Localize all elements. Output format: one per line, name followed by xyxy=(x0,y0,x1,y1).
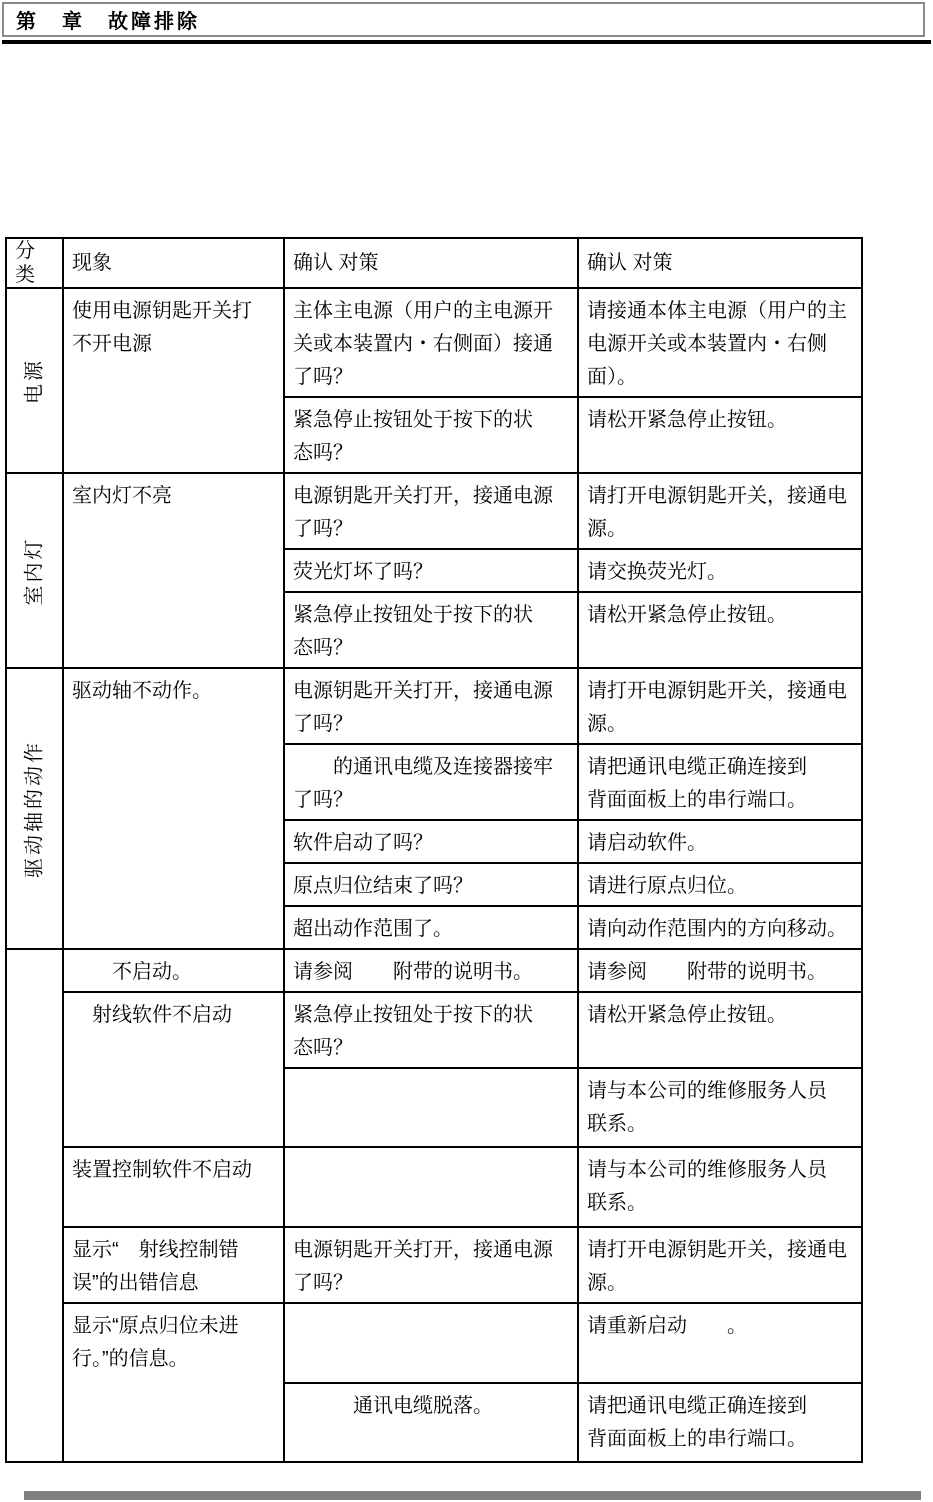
action-cell: 请启动软件。 xyxy=(578,820,862,863)
action-cell: 请松开紧急停止按钮。 xyxy=(578,592,862,668)
action-cell: 请把通讯电缆正确连接到 背面面板上的串行端口。 xyxy=(578,744,862,820)
confirm-cell: 电源钥匙开关打开，接通电源 了吗？ xyxy=(284,668,578,744)
category-cell: 驱动轴的动作 xyxy=(6,668,63,949)
category-label: 室内灯 xyxy=(18,536,51,605)
confirm-cell: 的通讯电缆及连接器接牢 了吗？ xyxy=(284,744,578,820)
action-cell: 请打开电源钥匙开关，接通电 源。 xyxy=(578,668,862,744)
confirm-cell: 电源钥匙开关打开，接通电源 了吗？ xyxy=(284,1227,578,1303)
action-cell: 请把通讯电缆正确连接到 背面面板上的串行端口。 xyxy=(578,1383,862,1462)
confirm-cell: 原点归位结束了吗？ xyxy=(284,863,578,906)
table-row: 装置控制软件不启动 请与本公司的维修服务人员 联系。 xyxy=(6,1147,862,1227)
action-cell: 请松开紧急停止按钮。 xyxy=(578,992,862,1068)
confirm-cell: 主体主电源（用户的主电源开 关或本装置内・右侧面）接通 了吗？ xyxy=(284,288,578,397)
confirm-cell: 超出动作范围了。 xyxy=(284,906,578,949)
confirm-cell xyxy=(284,1303,578,1383)
action-cell: 请与本公司的维修服务人员 联系。 xyxy=(578,1147,862,1227)
col-header-category: 分类 xyxy=(6,238,63,288)
action-cell: 请向动作范围内的方向移动。 xyxy=(578,906,862,949)
confirm-cell: 请参阅 附带的说明书。 xyxy=(284,949,578,992)
phenomenon-cell: 驱动轴不动作。 xyxy=(63,668,284,949)
confirm-cell: 荧光灯坏了吗？ xyxy=(284,549,578,592)
category-label: 电源 xyxy=(18,358,51,404)
phenomenon-cell: 显示“原点归位未进 行。”的信息。 xyxy=(63,1303,284,1462)
category-label: 驱动轴的动作 xyxy=(18,740,51,878)
confirm-cell: 通讯电缆脱落。 xyxy=(284,1383,578,1462)
table-row: 室内灯 室内灯不亮 电源钥匙开关打开，接通电源 了吗？ 请打开电源钥匙开关，接通… xyxy=(6,473,862,549)
action-cell: 请进行原点归位。 xyxy=(578,863,862,906)
table-header-row: 分类 现象 确认 对策 确认 对策 xyxy=(6,238,862,288)
table-row: 不启动。 请参阅 附带的说明书。 请参阅 附带的说明书。 xyxy=(6,949,862,992)
table-row: 显示“ 射线控制错 误”的出错信息 电源钥匙开关打开，接通电源 了吗？ 请打开电… xyxy=(6,1227,862,1303)
action-cell: 请与本公司的维修服务人员 联系。 xyxy=(578,1068,862,1147)
table-row: 驱动轴的动作 驱动轴不动作。 电源钥匙开关打开，接通电源 了吗？ 请打开电源钥匙… xyxy=(6,668,862,744)
confirm-cell xyxy=(284,1147,578,1227)
table-row: 射线软件不启动 紧急停止按钮处于按下的状 态吗？ 请松开紧急停止按钮。 xyxy=(6,992,862,1068)
phenomenon-cell: 使用电源钥匙开关打 不开电源 xyxy=(63,288,284,473)
footer-bar xyxy=(24,1491,921,1500)
phenomenon-cell: 室内灯不亮 xyxy=(63,473,284,668)
action-cell: 请交换荧光灯。 xyxy=(578,549,862,592)
troubleshooting-table: 分类 现象 确认 对策 确认 对策 电源 使用电源钥匙开关打 不开电源 主体主电… xyxy=(5,237,863,1463)
phenomenon-cell: 射线软件不启动 xyxy=(63,992,284,1147)
table-row: 电源 使用电源钥匙开关打 不开电源 主体主电源（用户的主电源开 关或本装置内・右… xyxy=(6,288,862,397)
col-header-action: 确认 对策 xyxy=(578,238,862,288)
category-cell: 电源 xyxy=(6,288,63,473)
phenomenon-cell: 装置控制软件不启动 xyxy=(63,1147,284,1227)
table-row: 显示“原点归位未进 行。”的信息。 请重新启动 。 xyxy=(6,1303,862,1383)
confirm-cell: 紧急停止按钮处于按下的状 态吗？ xyxy=(284,397,578,473)
chapter-header: 第 章 故障排除 xyxy=(2,2,925,37)
confirm-cell: 紧急停止按钮处于按下的状 态吗？ xyxy=(284,592,578,668)
phenomenon-cell: 显示“ 射线控制错 误”的出错信息 xyxy=(63,1227,284,1303)
phenomenon-cell: 不启动。 xyxy=(63,949,284,992)
category-cell xyxy=(6,949,63,1462)
category-cell: 室内灯 xyxy=(6,473,63,668)
header-rule xyxy=(2,40,931,44)
col-header-phenomenon: 现象 xyxy=(63,238,284,288)
action-cell: 请参阅 附带的说明书。 xyxy=(578,949,862,992)
action-cell: 请接通本体主电源（用户的主 电源开关或本装置内・右侧 面）。 xyxy=(578,288,862,397)
action-cell: 请打开电源钥匙开关，接通电 源。 xyxy=(578,1227,862,1303)
action-cell: 请打开电源钥匙开关，接通电 源。 xyxy=(578,473,862,549)
col-header-confirm: 确认 对策 xyxy=(284,238,578,288)
confirm-cell: 紧急停止按钮处于按下的状 态吗？ xyxy=(284,992,578,1068)
confirm-cell: 软件启动了吗？ xyxy=(284,820,578,863)
chapter-title: 第 章 故障排除 xyxy=(16,5,200,34)
action-cell: 请重新启动 。 xyxy=(578,1303,862,1383)
manual-page: 第 章 故障排除 分类 现象 确认 对策 确认 对策 电源 使用电源钥匙开关打 … xyxy=(0,0,933,1502)
confirm-cell: 电源钥匙开关打开，接通电源 了吗？ xyxy=(284,473,578,549)
action-cell: 请松开紧急停止按钮。 xyxy=(578,397,862,473)
confirm-cell xyxy=(284,1068,578,1147)
